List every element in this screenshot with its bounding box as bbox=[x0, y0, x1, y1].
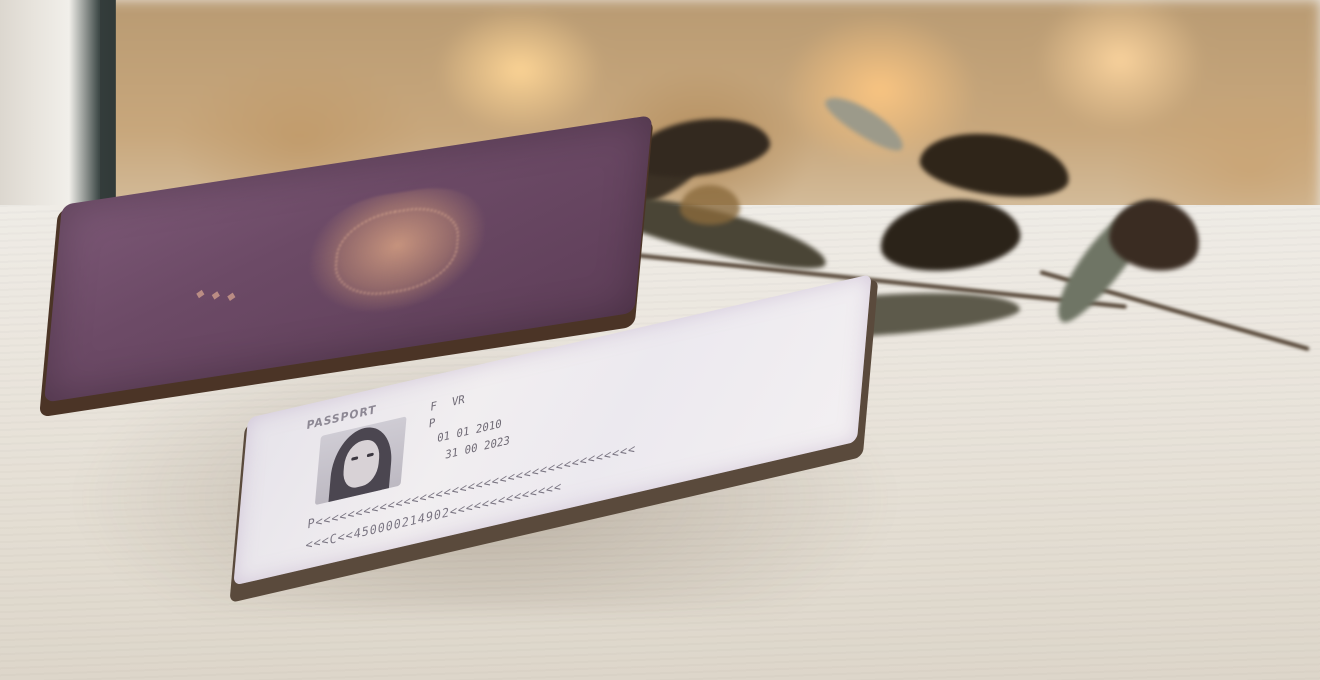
leaf bbox=[877, 193, 1024, 277]
leaf bbox=[820, 88, 910, 158]
field-sex: F bbox=[430, 399, 438, 414]
photo-scene: ◆ ◆ ◆ PASSPORT F VR P 01 01 2010 31 00 2… bbox=[0, 0, 1320, 680]
cover-inscription: ◆ ◆ ◆ bbox=[194, 287, 240, 304]
seed-pod-cluster bbox=[680, 185, 740, 225]
window-frame bbox=[0, 0, 115, 215]
leaf bbox=[917, 125, 1074, 205]
holder-photo bbox=[315, 416, 407, 505]
field-type: P bbox=[428, 416, 436, 431]
window-mullion bbox=[100, 0, 116, 210]
coat-of-arms-emblem bbox=[304, 179, 489, 324]
field-issued-code: VR bbox=[451, 392, 465, 409]
